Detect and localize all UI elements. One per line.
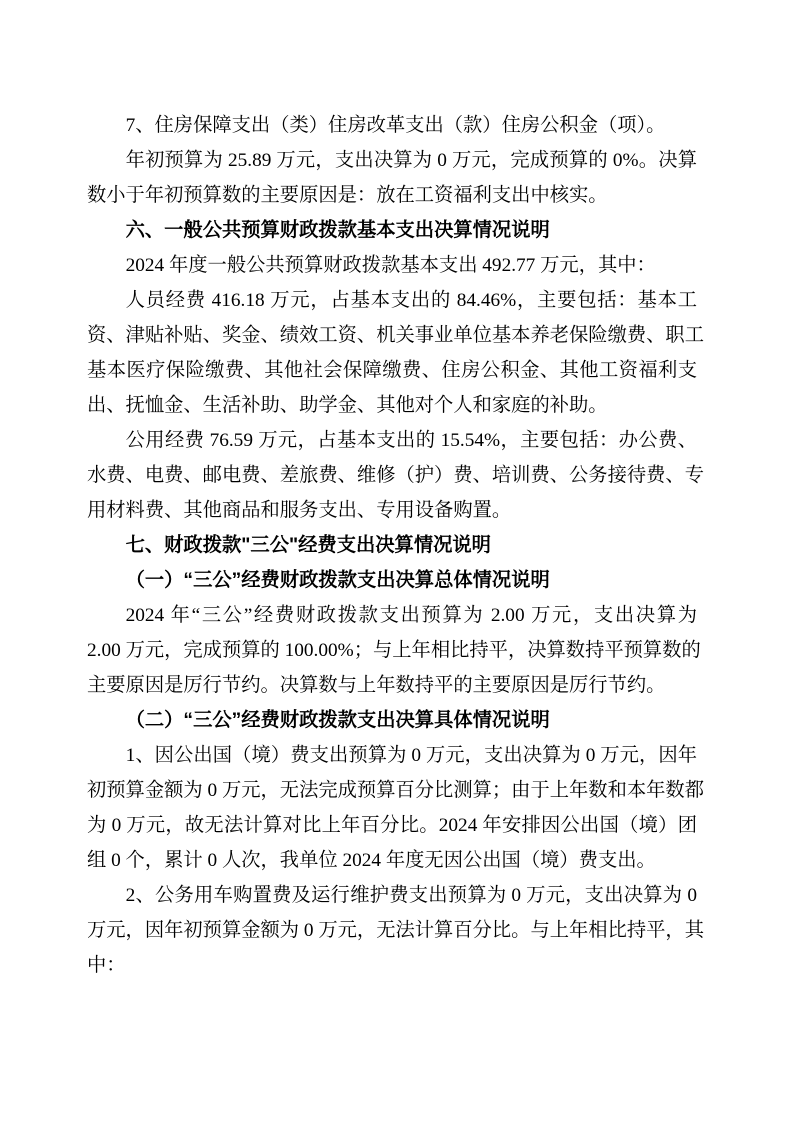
paragraph: 1、因公出国（境）费支出预算为 0 万元，支出决算为 0 万元，因年初预算金额为… [87,738,697,878]
text-line: 2、公务用车购置费及运行维护费支出预算为 0 万元，支出决算为 0 [87,878,697,913]
text-line: 公用经费 76.59 万元，占基本支出的 15.54%，主要包括：办公费、 [87,423,697,458]
text-line: 中： [87,948,697,983]
paragraph: 2024 年“三公”经费财政拨款支出预算为 2.00 万元，支出决算为2.00 … [87,598,697,703]
text-line: 2024 年度一般公共预算财政拨款基本支出 492.77 万元，其中： [87,248,697,283]
text-line: 基本医疗保险缴费、其他社会保障缴费、住房公积金、其他工资福利支 [87,353,697,388]
text-line: 资、津贴补贴、奖金、绩效工资、机关事业单位基本养老保险缴费、职工 [87,318,697,353]
text-line: 人员经费 416.18 万元，占基本支出的 84.46%，主要包括：基本工 [87,283,697,318]
text-line: 七、财政拨款"三公"经费支出决算情况说明 [87,528,697,563]
text-line: 出、抚恤金、生活补助、助学金、其他对个人和家庭的补助。 [87,388,697,423]
paragraph: 2、公务用车购置费及运行维护费支出预算为 0 万元，支出决算为 0万元，因年初预… [87,878,697,983]
text-line: 主要原因是厉行节约。决算数与上年数持平的主要原因是厉行节约。 [87,668,697,703]
paragraph: 7、住房保障支出（类）住房改革支出（款）住房公积金（项）。 [87,108,697,143]
paragraph: 2024 年度一般公共预算财政拨款基本支出 492.77 万元，其中： [87,248,697,283]
section-heading: 六、一般公共预算财政拨款基本支出决算情况说明 [87,213,697,248]
section-heading: （二）“三公”经费财政拨款支出决算具体情况说明 [87,703,697,738]
text-line: （一）“三公”经费财政拨款支出决算总体情况说明 [87,563,697,598]
section-heading: 七、财政拨款"三公"经费支出决算情况说明 [87,528,697,563]
text-line: 为 0 万元，故无法计算对比上年百分比。2024 年安排因公出国（境）团 [87,808,697,843]
paragraph: 公用经费 76.59 万元，占基本支出的 15.54%，主要包括：办公费、水费、… [87,423,697,528]
text-line: 7、住房保障支出（类）住房改革支出（款）住房公积金（项）。 [87,108,697,143]
document-content: 7、住房保障支出（类）住房改革支出（款）住房公积金（项）。年初预算为 25.89… [87,108,697,983]
paragraph: 年初预算为 25.89 万元，支出决算为 0 万元，完成预算的 0%。决算数小于… [87,143,697,213]
text-line: 用材料费、其他商品和服务支出、专用设备购置。 [87,493,697,528]
text-line: 水费、电费、邮电费、差旅费、维修（护）费、培训费、公务接待费、专 [87,458,697,493]
text-line: 数小于年初预算数的主要原因是：放在工资福利支出中核实。 [87,178,697,213]
text-line: 2024 年“三公”经费财政拨款支出预算为 2.00 万元，支出决算为 [87,598,697,633]
paragraph: 人员经费 416.18 万元，占基本支出的 84.46%，主要包括：基本工资、津… [87,283,697,423]
section-heading: （一）“三公”经费财政拨款支出决算总体情况说明 [87,563,697,598]
text-line: （二）“三公”经费财政拨款支出决算具体情况说明 [87,703,697,738]
document-page: 7、住房保障支出（类）住房改革支出（款）住房公积金（项）。年初预算为 25.89… [0,0,793,1122]
text-line: 2.00 万元，完成预算的 100.00%；与上年相比持平，决算数持平预算数的 [87,633,697,668]
text-line: 六、一般公共预算财政拨款基本支出决算情况说明 [87,213,697,248]
text-line: 初预算金额为 0 万元，无法完成预算百分比测算；由于上年数和本年数都 [87,773,697,808]
text-line: 年初预算为 25.89 万元，支出决算为 0 万元，完成预算的 0%。决算 [87,143,697,178]
text-line: 组 0 个，累计 0 人次，我单位 2024 年度无因公出国（境）费支出。 [87,843,697,878]
text-line: 1、因公出国（境）费支出预算为 0 万元，支出决算为 0 万元，因年 [87,738,697,773]
text-line: 万元，因年初预算金额为 0 万元，无法计算百分比。与上年相比持平，其 [87,913,697,948]
